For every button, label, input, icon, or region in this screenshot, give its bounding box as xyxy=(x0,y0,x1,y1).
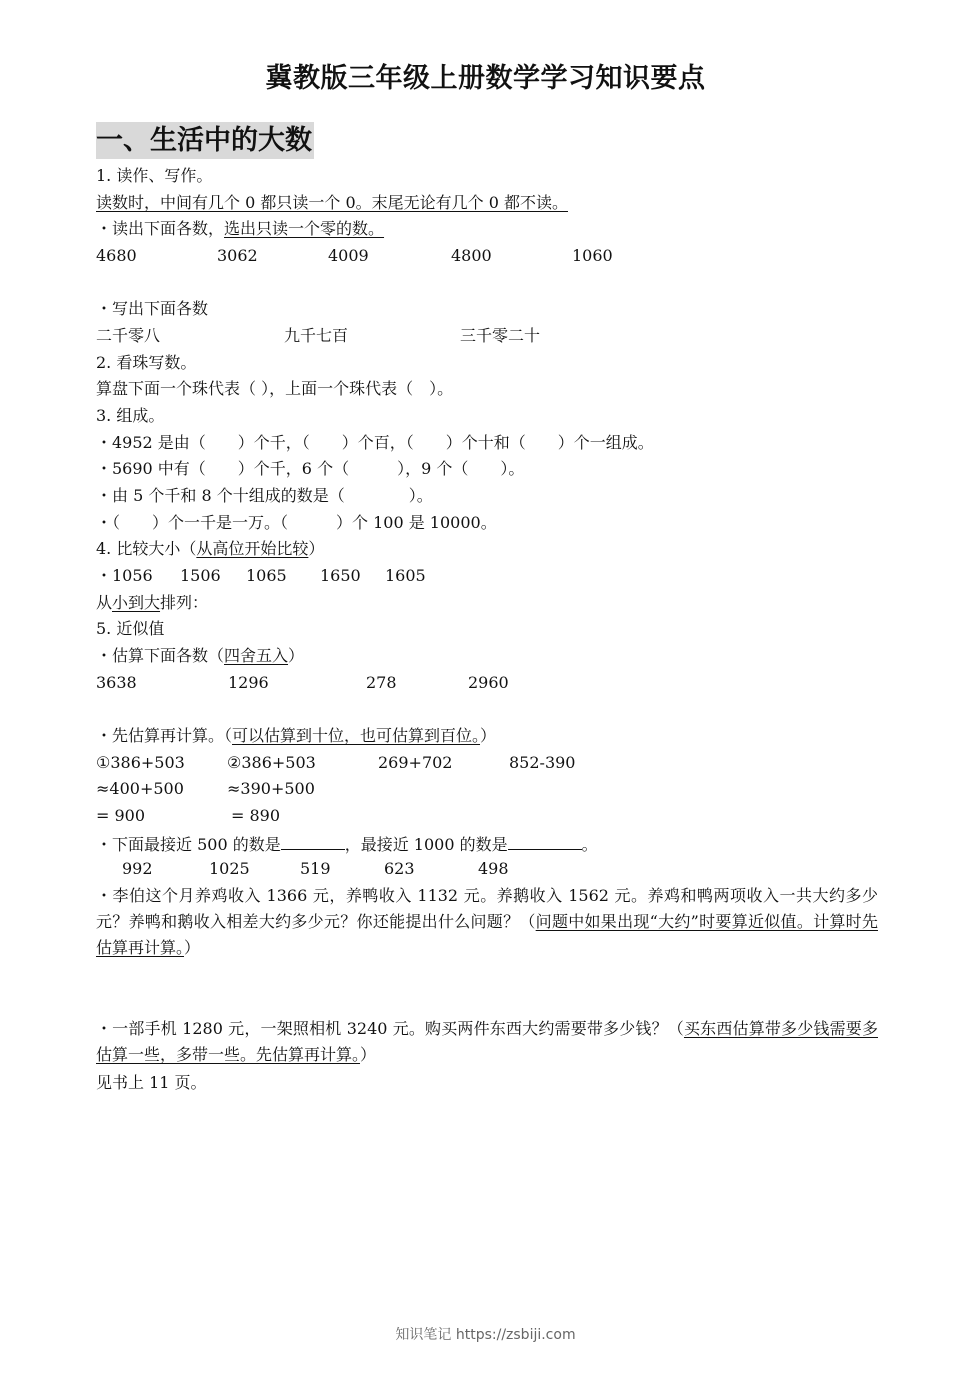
read-number: 3062 xyxy=(217,246,258,266)
estimate-number: 2960 xyxy=(468,673,509,693)
write-word: 三千零二十 xyxy=(460,326,540,346)
read-number: 1060 xyxy=(572,246,613,266)
s3-item: ・4952 是由（ ）个千，（ ）个百，（ ）个十和（ ）个一组成。 xyxy=(96,433,654,453)
s1-heading: 1. 读作、写作。 xyxy=(96,166,212,186)
s5-calc-underlined: 可以估算到十位，也可估算到百位。 xyxy=(232,726,480,745)
document-title: 冀教版三年级上册数学学习知识要点 xyxy=(0,56,971,95)
s1-task-write: ・写出下面各数 xyxy=(96,299,208,319)
compare-number: 1605 xyxy=(385,566,426,586)
s3-item: ・由 5 个千和 8 个十组成的数是（ ）。 xyxy=(96,486,433,506)
calc-expression: = 900 xyxy=(96,806,145,826)
answer-blank[interactable] xyxy=(281,833,345,850)
s5-closest-text-b: ，最接近 1000 的数是 xyxy=(345,835,508,854)
read-number: 4009 xyxy=(328,246,369,266)
s4-order-prefix: 从 xyxy=(96,593,112,612)
calc-expression: ≈400+500 xyxy=(96,779,184,799)
footer-watermark: 知识笔记 https://zsbiji.com xyxy=(0,1324,971,1344)
s4-heading-underlined: 从高位开始比较 xyxy=(196,539,308,558)
s1-task-read: ・读出下面各数，选出只读一个零的数。 xyxy=(96,219,384,239)
s5-heading: 5. 近似值 xyxy=(96,619,164,639)
calc-expression: = 890 xyxy=(231,806,280,826)
problem-2-close: ） xyxy=(360,1045,376,1064)
candidate-number: 1025 xyxy=(209,859,250,879)
s4-heading-suffix: ） xyxy=(308,539,324,558)
s4-order-suffix: 排列： xyxy=(160,593,208,612)
read-number: 4800 xyxy=(451,246,492,266)
estimate-number: 3638 xyxy=(96,673,137,693)
calc-expression: 852-390 xyxy=(509,753,575,773)
calc-expression: ②386+503 xyxy=(227,753,316,773)
s5-estimate-underlined: 四舍五入 xyxy=(224,646,288,665)
s5-closest: ・下面最接近 500 的数是，最接近 1000 的数是。 xyxy=(96,833,598,855)
s4-order-underlined: 小到大 xyxy=(112,593,160,612)
problem-2-text: ・一部手机 1280 元，一架照相机 3240 元。购买两件东西大约需要带多少钱… xyxy=(96,1019,684,1038)
s1-rule: 读数时，中间有几个 0 都只读一个 0。末尾无论有几个 0 都不读。 xyxy=(96,193,568,213)
s5-problem-2: ・一部手机 1280 元，一架照相机 3240 元。购买两件东西大约需要带多少钱… xyxy=(96,1016,878,1068)
s5-closest-text-a: ・下面最接近 500 的数是 xyxy=(96,835,281,854)
candidate-number: 992 xyxy=(122,859,153,879)
s1-task-read-underlined: 选出只读一个零的数。 xyxy=(224,219,384,238)
answer-blank[interactable] xyxy=(508,833,582,850)
candidate-number: 623 xyxy=(384,859,415,879)
s4-order: 从小到大排列： xyxy=(96,593,208,613)
s1-task-read-prefix: ・读出下面各数， xyxy=(96,219,224,238)
write-word: 二千零八 xyxy=(96,326,160,346)
s5-calc-prefix: ・先估算再计算。（ xyxy=(96,726,232,745)
s3-heading: 3. 组成。 xyxy=(96,406,164,426)
s5-calc-suffix: ） xyxy=(480,726,496,745)
section-heading: 一、生活中的大数 xyxy=(96,122,314,159)
s2-heading: 2. 看珠写数。 xyxy=(96,353,196,373)
s5-estimate-suffix: ） xyxy=(288,646,304,665)
estimate-number: 1296 xyxy=(228,673,269,693)
s3-item: ・（ ）个一千是一万。（ ）个 100 是 10000。 xyxy=(96,513,497,533)
compare-number: 1506 xyxy=(180,566,221,586)
s5-see-book: 见书上 11 页。 xyxy=(96,1073,207,1093)
s5-closest-text-c: 。 xyxy=(582,835,598,854)
read-number: 4680 xyxy=(96,246,137,266)
s5-estimate: ・估算下面各数（四舍五入） xyxy=(96,646,304,666)
s5-problem-1: ・李伯这个月养鸡收入 1366 元，养鸭收入 1132 元。养鹅收入 1562 … xyxy=(96,883,878,961)
compare-number: 1650 xyxy=(320,566,361,586)
write-word: 九千七百 xyxy=(284,326,348,346)
candidate-number: 519 xyxy=(300,859,331,879)
calc-expression: ≈390+500 xyxy=(227,779,315,799)
s5-estimate-prefix: ・估算下面各数（ xyxy=(96,646,224,665)
s4-heading-prefix: 4. 比较大小（ xyxy=(96,539,196,558)
candidate-number: 498 xyxy=(478,859,509,879)
calc-expression: 269+702 xyxy=(378,753,452,773)
s3-item: ・5690 中有（ ）个千，6 个（ ），9 个（ ）。 xyxy=(96,459,524,479)
compare-number: 1065 xyxy=(246,566,287,586)
s5-calc: ・先估算再计算。（可以估算到十位，也可估算到百位。） xyxy=(96,726,496,746)
s4-heading: 4. 比较大小（从高位开始比较） xyxy=(96,539,324,559)
estimate-number: 278 xyxy=(366,673,397,693)
calc-expression: ①386+503 xyxy=(96,753,185,773)
problem-1-close: ） xyxy=(184,938,200,957)
compare-number: ・1056 xyxy=(96,566,153,586)
s2-text: 算盘下面一个珠代表（ ），上面一个珠代表（ ）。 xyxy=(96,379,453,399)
